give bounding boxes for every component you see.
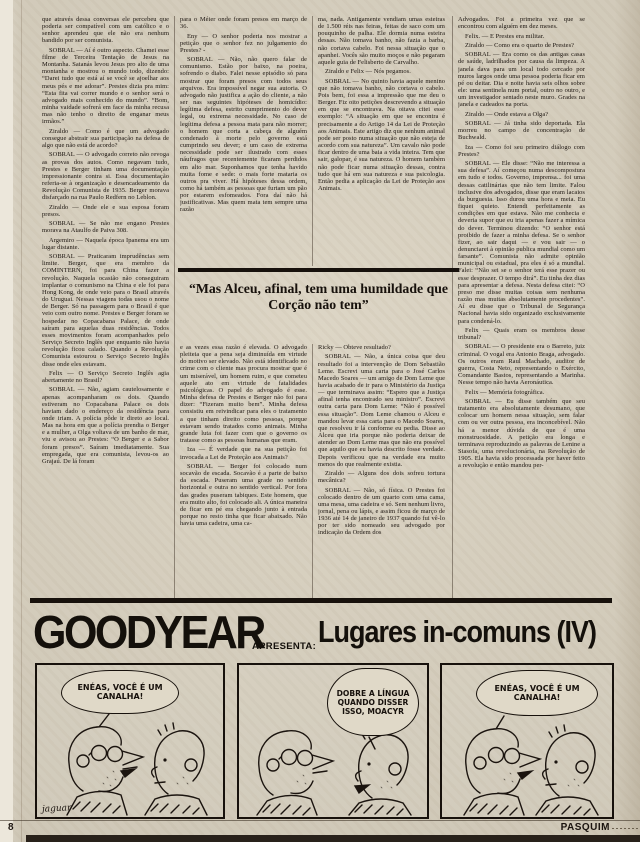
article-paragraph: SOBRAL — Não, agiam cautelosamente e ape… <box>42 386 169 465</box>
comic-panel-3: ENÉAS, VOCÊ É UM CANALHA! <box>440 663 614 819</box>
article-paragraph: SOBRAL — No quinto havia aquele menino q… <box>318 78 445 193</box>
article-paragraph: Felix — Memória fotográfica. <box>458 389 585 396</box>
speech-bubble: ENÉAS, VOCÊ É UM CANALHA! <box>61 670 179 714</box>
comic-panel-2: DOBRE A LÍNGUA QUANDO DISSER ISSO, MOACY… <box>237 663 429 819</box>
pull-quote: “Mas Alceu, afinal, tem uma humildade qu… <box>178 268 459 313</box>
article-paragraph: Felix — Quais eram os membros desse trib… <box>458 327 585 341</box>
article-column-4: Advogados. Foi a primeira vez que se enc… <box>458 16 585 598</box>
article-paragraph: SOBRAL — Ele disse: “Não me interessa a … <box>458 160 585 325</box>
article-paragraph: SOBRAL — Berger foi colocado num socavão… <box>180 463 307 527</box>
comic-strip-title: Lugares in-comuns (IV) <box>318 615 596 650</box>
article-paragraph: que através dessa conversas ele percebeu… <box>42 16 169 45</box>
article-paragraph: Ziraldo — Como é que um advogado consegu… <box>42 128 169 149</box>
article-paragraph: Felix. — E Prestes era militar. <box>458 33 585 40</box>
article-paragraph: Ziraldo — Onde ele e sua esposa foram pr… <box>42 204 169 218</box>
article-paragraph: Ziraldo — Onde estava a Olga? <box>458 111 585 118</box>
article-paragraph: ma, nada. Antigamente vendiam umas estei… <box>318 16 445 66</box>
newspaper-page: que através dessa conversas ele percebeu… <box>0 0 640 842</box>
article-paragraph: e as vezes essa razão é elevada. O advog… <box>180 344 307 444</box>
article-paragraph: Advogados. Foi a primeira vez que se enc… <box>458 16 585 30</box>
pull-quote-text: “Mas Alceu, afinal, tem uma humildade qu… <box>178 281 459 313</box>
page-number: 8 <box>8 822 14 833</box>
article-paragraph: SOBRAL — Não, não quero falar de comunis… <box>180 56 307 213</box>
footer-rule <box>0 820 640 821</box>
article-paragraph: SOBRAL — O presidente era o Barreto, jui… <box>458 343 585 386</box>
article-paragraph: SOBRAL — Já tinha sido deportada. Ela mo… <box>458 120 585 141</box>
artist-signature: jaguar <box>42 803 72 815</box>
goodyear-logo: GOODYEAR <box>33 607 264 660</box>
article-column-1: que através dessa conversas ele percebeu… <box>42 16 169 598</box>
magazine-name: PASQUIM <box>561 822 610 833</box>
article-paragraph: Ricky — Obteve resultado? <box>318 344 445 351</box>
article-paragraph: Ziraldo — Como era o quarto de Prestes? <box>458 42 585 49</box>
article-paragraph: SOBRAL — Não, a única coisa que deu resu… <box>318 353 445 468</box>
article-paragraph: Iza — É verdade que na sua petição foi i… <box>180 446 307 460</box>
comic-panel-1: ENÉAS, VOCÊ É UM CANALHA! jaguar <box>35 663 225 819</box>
article-paragraph: Ziraldo e Felix — Nós pegamos. <box>318 68 445 75</box>
bottom-edge-bar <box>26 835 640 842</box>
article-paragraph: Iza — Como foi seu primeiro diálogo com … <box>458 144 585 158</box>
article-paragraph: SOBRAL — Aí é outro aspecto. Chamei esse… <box>42 47 169 126</box>
column-divider <box>312 344 313 598</box>
page-crease <box>21 0 22 842</box>
article-paragraph: Ziraldo — Alguns dos dois sofreu tortura… <box>318 470 445 484</box>
article-column-3-lower: Ricky — Obteve resultado?SOBRAL — Não, a… <box>318 344 445 598</box>
article-paragraph: SOBRAL — Eu disse também que seu tratame… <box>458 398 585 470</box>
article-paragraph: Argemiro — Naquela época Ipanema era um … <box>42 237 169 251</box>
speech-bubble: ENÉAS, VOCÊ É UM CANALHA! <box>476 670 598 716</box>
speech-bubble: DOBRE A LÍNGUA QUANDO DISSER ISSO, MOACY… <box>327 668 419 736</box>
footer-dots <box>612 828 638 829</box>
article-column-3-upper: ma, nada. Antigamente vendiam umas estei… <box>318 16 445 266</box>
article-paragraph: Felix — O Serviço Secreto Inglês agia ab… <box>42 370 169 384</box>
column-divider <box>312 16 313 266</box>
column-divider <box>174 16 175 598</box>
section-divider-rule <box>30 598 612 603</box>
article-paragraph: SOBRAL — Se não me engano Prestes morava… <box>42 220 169 234</box>
presents-label: APRESENTA: <box>252 641 316 652</box>
article-paragraph: SOBRAL — O advogado correto não revoga a… <box>42 151 169 201</box>
article-column-2-upper: para o Méier onde foram presos em março … <box>180 16 307 266</box>
article-paragraph: Eny — O senhor poderia nos mostrar a pet… <box>180 33 307 54</box>
article-paragraph: para o Méier onde foram presos em março … <box>180 16 307 30</box>
pull-quote-rule <box>178 268 459 272</box>
article-paragraph: SOBRAL — Não, só física. O Prestes foi c… <box>318 487 445 537</box>
article-column-2-lower: e as vezes essa razão é elevada. O advog… <box>180 344 307 598</box>
scan-margin <box>0 0 13 842</box>
article-paragraph: SOBRAL — Praticaram imprudências sem lim… <box>42 253 169 368</box>
article-paragraph: SOBRAL — Era como os das antigas casas d… <box>458 51 585 108</box>
